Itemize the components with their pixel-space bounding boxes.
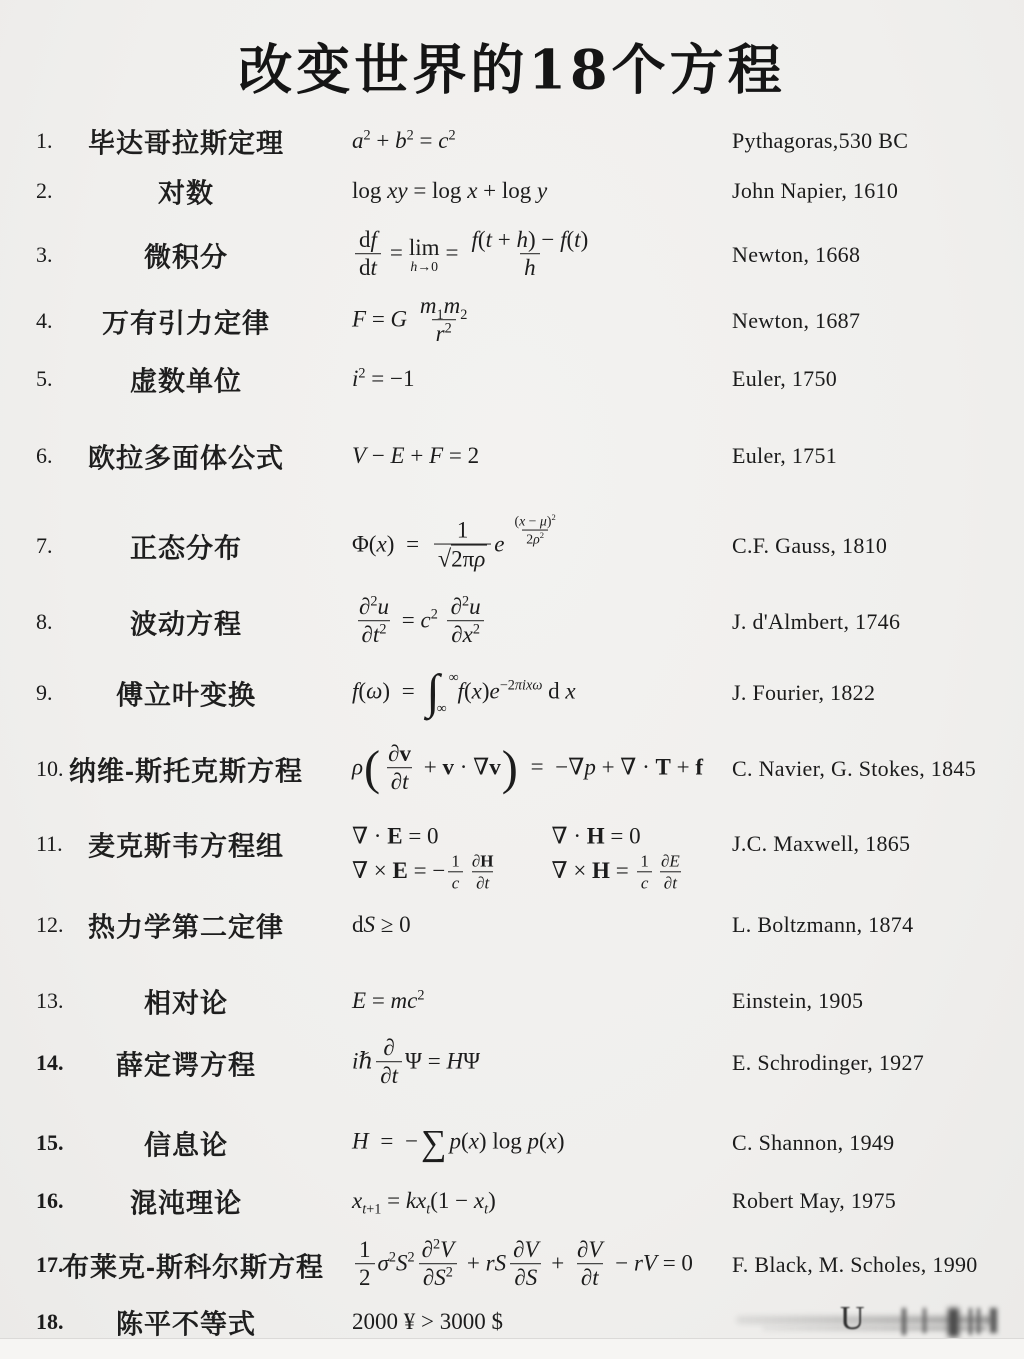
- equation-formula: ∇ · E = 0∇ · H = 0∇ × E = −1c∂H∂t∇ × H =…: [352, 823, 724, 892]
- equation-attribution: J. d'Almbert, 1746: [732, 609, 1024, 635]
- equation-attribution: Newton, 1668: [732, 242, 1024, 268]
- equation-name: 信息论: [62, 1124, 310, 1163]
- equation-name: 波动方程: [62, 603, 310, 642]
- equation-formula: dS ≥ 0: [352, 912, 724, 938]
- page-title: 改变世界的18个方程: [0, 28, 1024, 105]
- equation-formula: V − E + F = 2: [352, 443, 724, 469]
- equation-attribution: C. Navier, G. Stokes, 1845: [732, 756, 1024, 782]
- smudge-bar: [902, 1308, 906, 1335]
- equation-name: 陈平不等式: [62, 1303, 310, 1342]
- equation-name: 傅立叶变换: [62, 674, 310, 713]
- equation-name: 虚数单位: [62, 360, 310, 399]
- equation-name: 布莱克-斯科尔斯方程: [62, 1246, 310, 1285]
- smudge-bar: [923, 1308, 926, 1333]
- equation-name: 薛定谔方程: [62, 1044, 310, 1083]
- equation-formula: iℏ∂∂tΨ = HΨ: [352, 1036, 724, 1090]
- equation-name: 欧拉多面体公式: [62, 437, 310, 476]
- equation-formula: i2 = −1: [352, 366, 724, 392]
- equation-name: 正态分布: [62, 527, 310, 566]
- equation-attribution: C. Shannon, 1949: [732, 1130, 1024, 1156]
- equation-formula: F = G m1m2r2: [352, 294, 724, 348]
- equation-name: 麦克斯韦方程组: [62, 825, 310, 864]
- equation-attribution: Einstein, 1905: [732, 988, 1024, 1014]
- equation-attribution: Euler, 1751: [732, 443, 1024, 469]
- equation-formula: ρ(∂v∂t + v · ∇v) = −∇p + ∇ · T + f: [352, 742, 724, 796]
- equation-attribution: C.F. Gauss, 1810: [732, 533, 1024, 559]
- equation-formula: a2 + b2 = c2: [352, 128, 724, 154]
- smudge-bar: [969, 1308, 972, 1335]
- equation-attribution: J.C. Maxwell, 1865: [732, 831, 1024, 857]
- smudge-u-glyph: U: [840, 1300, 865, 1338]
- equation-name: 微积分: [62, 236, 310, 275]
- equation-attribution: E. Schrodinger, 1927: [732, 1050, 1024, 1076]
- equation-attribution: Euler, 1750: [732, 366, 1024, 392]
- equation-name: 万有引力定律: [62, 302, 310, 341]
- equation-formula: log xy = log x + log y: [352, 178, 724, 204]
- equation-attribution: John Napier, 1610: [732, 178, 1024, 204]
- smudge-bar: [990, 1308, 997, 1333]
- equation-attribution: Newton, 1687: [732, 308, 1024, 334]
- equation-name: 纳维-斯托克斯方程: [62, 750, 310, 789]
- equation-formula: H = −∑p(x) log p(x): [352, 1129, 724, 1158]
- equation-formula: 12σ2S2∂2V∂S2 + rS∂V∂S + ∂V∂t − rV = 0: [352, 1238, 724, 1292]
- equation-name: 热力学第二定律: [62, 906, 310, 945]
- smudge-bar: [948, 1308, 959, 1337]
- card-bottom-edge: [0, 1338, 1024, 1359]
- equation-attribution: F. Black, M. Scholes, 1990: [732, 1252, 1024, 1278]
- equation-name: 对数: [62, 172, 310, 211]
- equation-formula: Φ(x) = 1√2πρe(x − μ)22ρ2: [352, 519, 724, 574]
- equation-attribution: Pythagoras,530 BC: [732, 128, 1024, 154]
- equation-name: 混沌理论: [62, 1182, 310, 1221]
- equation-attribution: Robert May, 1975: [732, 1188, 1024, 1214]
- equation-formula: 2000 ¥ > 3000 $: [352, 1309, 724, 1335]
- equation-attribution: L. Boltzmann, 1874: [732, 912, 1024, 938]
- equation-formula: f(ω) = ∫∞∞f(x)e−2πixω d x: [352, 674, 724, 713]
- equation-name: 相对论: [62, 982, 310, 1021]
- smudge-bar: [977, 1308, 980, 1334]
- equation-name: 毕达哥拉斯定理: [62, 122, 310, 161]
- equation-formula: ∂2u∂t2 = c2 ∂2u∂x2: [352, 595, 724, 649]
- equation-formula: dfdt=limh→0=f(t + h) − f(t)h: [352, 228, 724, 282]
- equation-attribution: J. Fourier, 1822: [732, 680, 1024, 706]
- equation-formula: E = mc2: [352, 988, 724, 1014]
- equation-formula: xt+1 = kxt(1 − xt): [352, 1188, 724, 1214]
